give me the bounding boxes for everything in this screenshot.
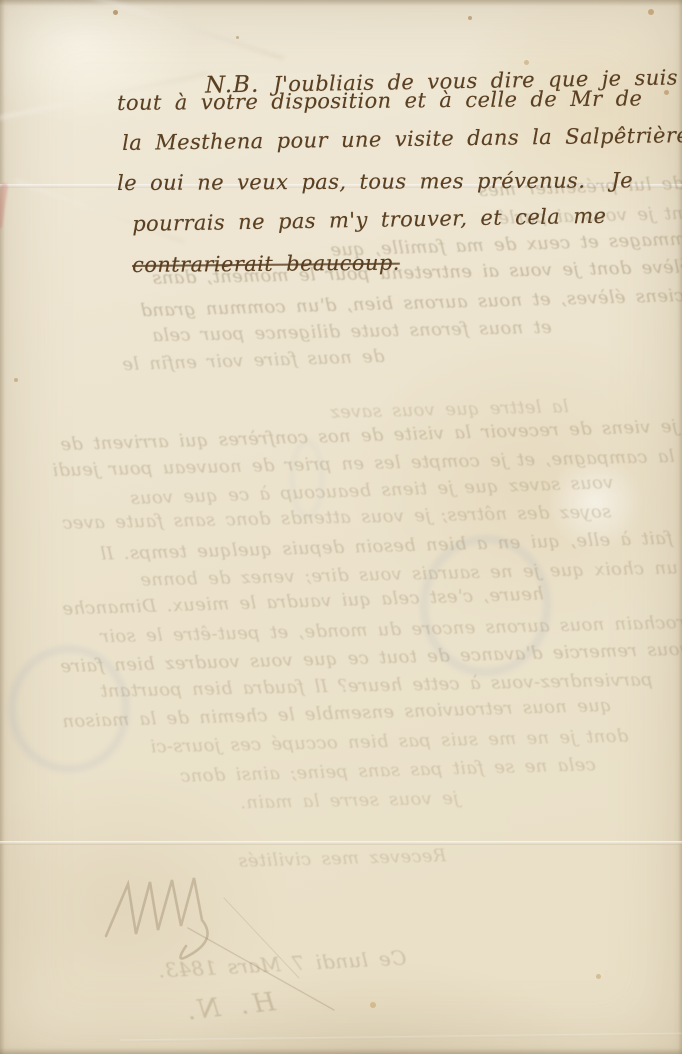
- verso-bleed-line: cela ne se fait pas sans peine; ainsi do…: [180, 754, 596, 787]
- verso-bleed-line: de nous faire voir enfin le: [122, 346, 385, 375]
- postscript-line: tout à votre disposition et à celle de M…: [117, 86, 642, 115]
- left-edge-shadow: [0, 0, 5, 1054]
- foxing-spot: [370, 1002, 376, 1008]
- postscript-line: la Mesthena pour une visite dans la Salp…: [122, 123, 682, 155]
- foxing-spot: [14, 378, 18, 382]
- foxing-spot: [468, 16, 472, 20]
- fold-crease-corner: [120, 1033, 682, 1043]
- verso-bleed-line: la lettre que vous savez: [330, 396, 569, 423]
- foxing-spot: [113, 10, 118, 15]
- verso-bleed-line: je vous serre la main.: [240, 788, 459, 814]
- top-edge-shadow: [0, 0, 682, 6]
- foxing-spot: [596, 974, 601, 979]
- postscript-line: pourrais ne pas m'y trouver, et cela me: [132, 204, 607, 236]
- verso-bleed-line: et nous ferons toute diligence pour cela: [152, 317, 552, 346]
- stamp-bleed-smudge: [290, 440, 324, 518]
- postscript-line: contrarierait beaucoup.: [132, 251, 400, 277]
- verso-bleed-line: dont je ne me suis pas bien occupé ces j…: [150, 726, 629, 758]
- foxing-spot: [648, 9, 654, 15]
- foxing-spot: [236, 36, 239, 39]
- fold-crease-bottom: [0, 841, 682, 845]
- letter-page: et de lui présenter mes dont je vous ai …: [0, 0, 682, 1054]
- signature-bleed-flourish: [84, 858, 354, 1018]
- verso-bleed-line: y a un choix que je ne saurais vous dire…: [140, 556, 682, 590]
- red-edge-mark: [0, 183, 8, 230]
- verso-bleed-line: heure, c'est cela qui vaudra le mieux. D…: [62, 583, 544, 619]
- verso-bleed-line: avec des anciens élèves, et nous aurons …: [140, 282, 682, 321]
- postscript-line: le oui ne veux pas, tous mes prévenus. J…: [117, 168, 633, 195]
- bottom-edge-shadow: [0, 1048, 682, 1054]
